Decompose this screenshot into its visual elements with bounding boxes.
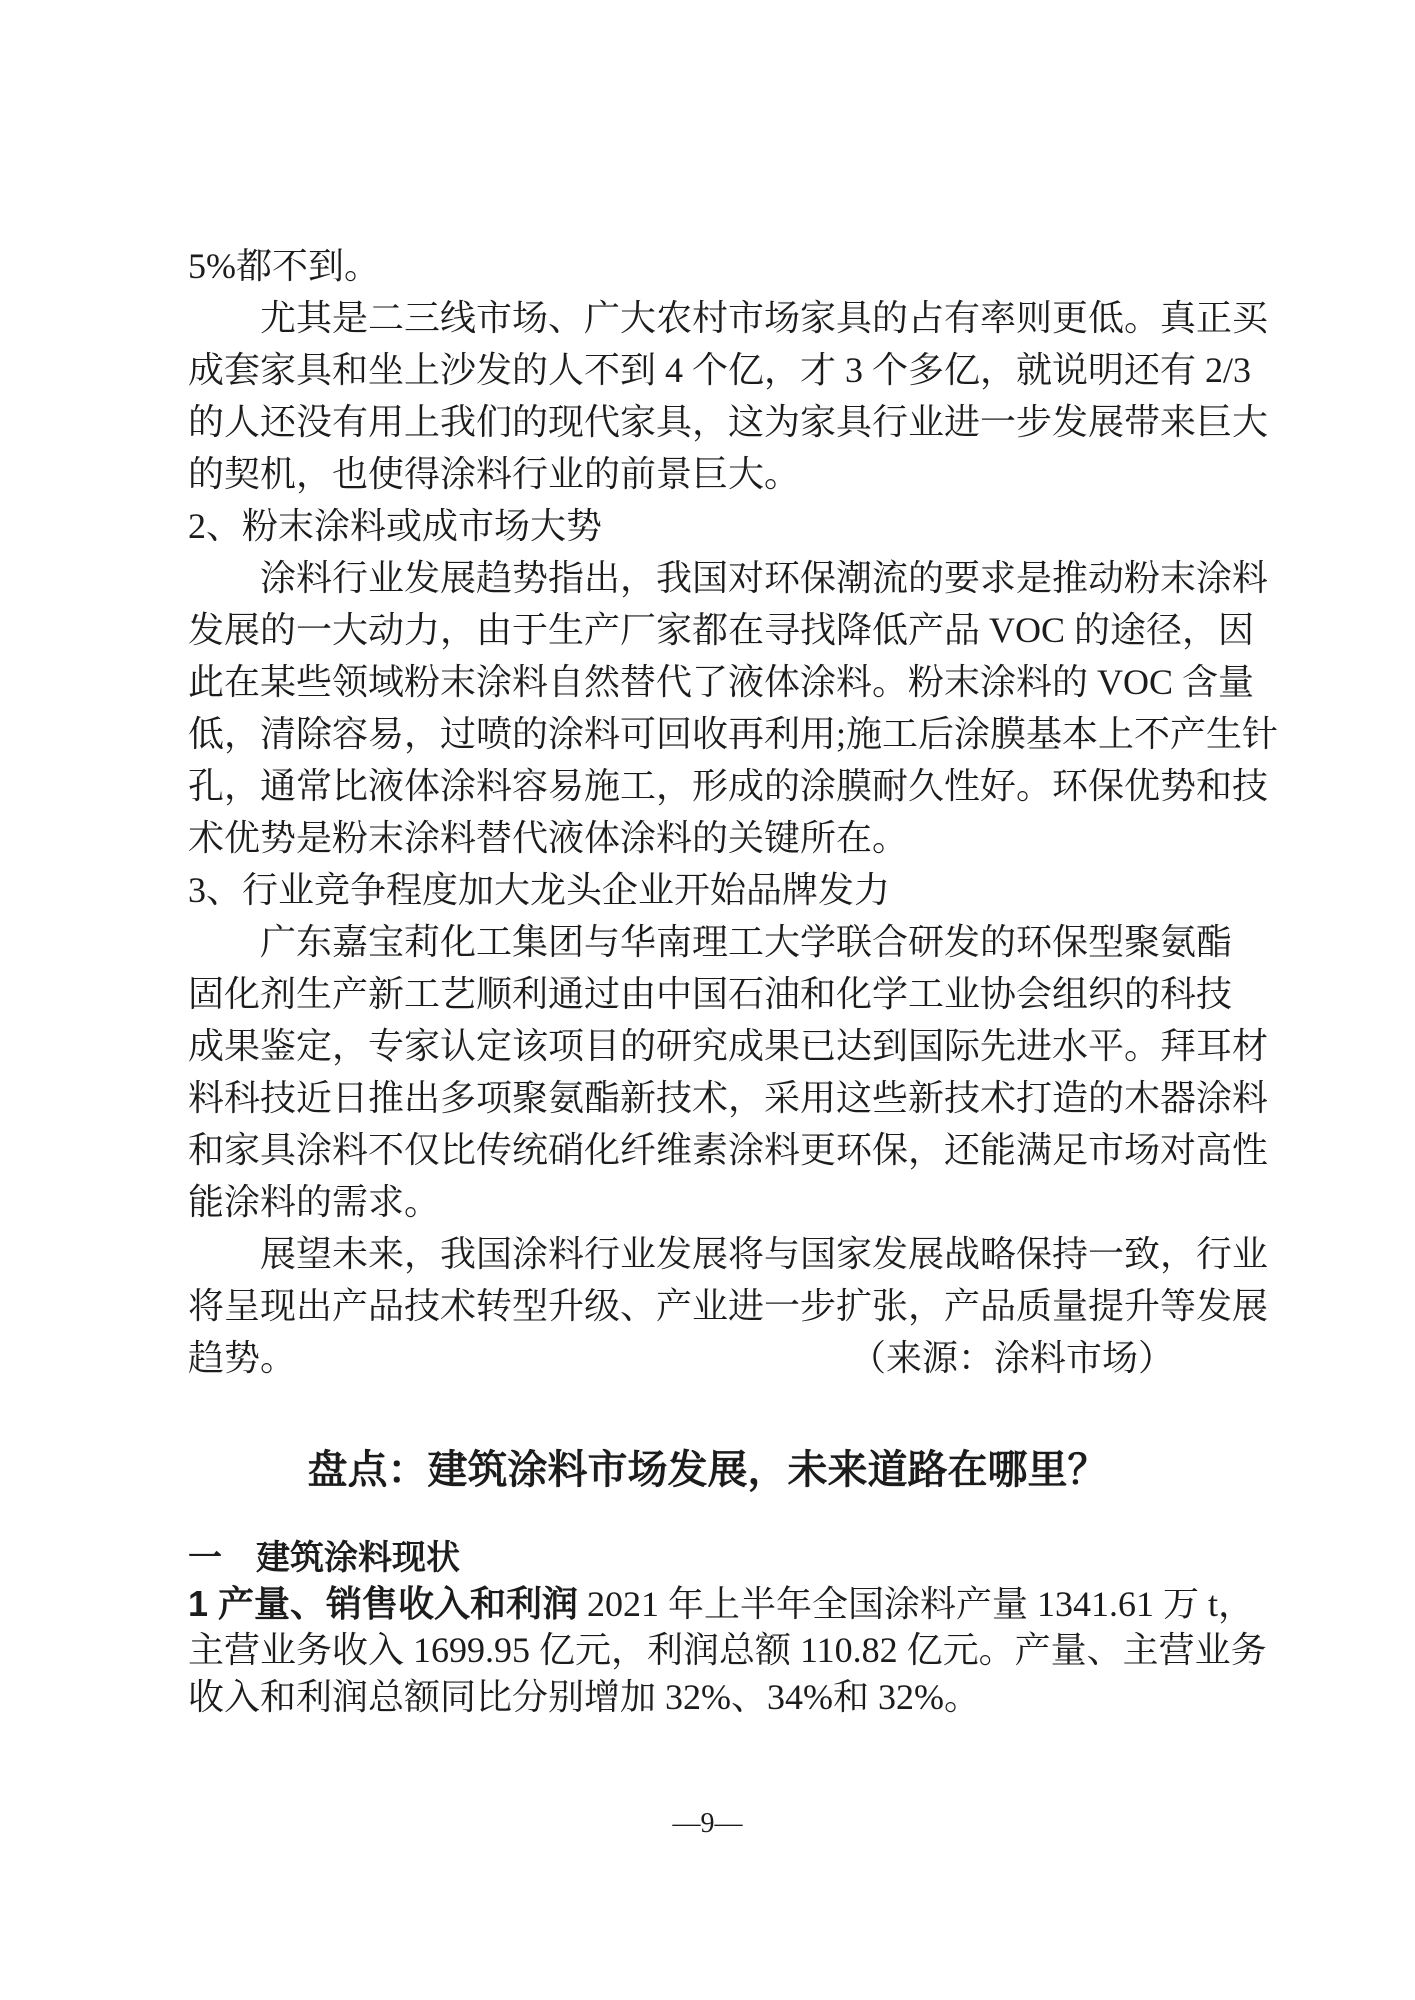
- text-line: 和家具涂料不仅比传统硝化纤维素涂料更环保，还能满足市场对高性: [188, 1124, 1274, 1176]
- text-line: 此在某些领域粉末涂料自然替代了液体涂料。粉末涂料的 VOC 含量: [188, 656, 1274, 708]
- text-line-with-source: 趋势。 （来源：涂料市场）: [188, 1332, 1274, 1384]
- text-line: 趋势。: [188, 1332, 296, 1384]
- document-page: 5%都不到。 尤其是二三线市场、广大农村市场家具的占有率则更低。真正买 成套家具…: [0, 0, 1415, 2000]
- text-line: 广东嘉宝莉化工集团与华南理工大学联合研发的环保型聚氨酯: [188, 916, 1274, 968]
- text-line: 低，清除容易，过喷的涂料可回收再利用;施工后涂膜基本上不产生针: [188, 708, 1274, 760]
- stats-line: 主营业务收入 1699.95 亿元，利润总额 110.82 亿元。产量、主营业务: [188, 1627, 1274, 1674]
- text-line: 固化剂生产新工艺顺利通过由中国石油和化学工业协会组织的科技: [188, 968, 1274, 1020]
- text-line: 将呈现出产品技术转型升级、产业进一步扩张，产品质量提升等发展: [188, 1280, 1274, 1332]
- stats-line: 1 产量、销售收入和利润 2021 年上半年全国涂料产量 1341.61 万 t…: [188, 1580, 1274, 1627]
- section-heading: 一 建筑涂料现状: [188, 1536, 460, 1580]
- text-line: 的人还没有用上我们的现代家具，这为家具行业进一步发展带来巨大: [188, 396, 1274, 448]
- text-line: 术优势是粉末涂料替代液体涂料的关键所在。: [188, 812, 1274, 864]
- page-number: —9—: [0, 1806, 1415, 1842]
- list-item-heading-3: 3、行业竞争程度加大龙头企业开始品牌发力: [188, 864, 1274, 916]
- source-attribution: （来源：涂料市场）: [850, 1332, 1274, 1384]
- text-line: 的契机，也使得涂料行业的前景巨大。: [188, 448, 1274, 500]
- stats-bold-lead: 1 产量、销售收入和利润: [188, 1583, 578, 1624]
- body-text-block: 5%都不到。 尤其是二三线市场、广大农村市场家具的占有率则更低。真正买 成套家具…: [188, 240, 1274, 1384]
- article-title: 盘点：建筑涂料市场发展，未来道路在哪里？: [0, 1442, 1415, 1498]
- text-line: 展望未来，我国涂料行业发展将与国家发展战略保持一致，行业: [188, 1228, 1274, 1280]
- text-line: 能涂料的需求。: [188, 1176, 1274, 1228]
- stats-line-rest: 2021 年上半年全国涂料产量 1341.61 万 t，: [578, 1584, 1254, 1624]
- text-line: 涂料行业发展趋势指出，我国对环保潮流的要求是推动粉末涂料: [188, 552, 1274, 604]
- list-item-heading-2: 2、粉末涂料或成市场大势: [188, 500, 1274, 552]
- text-line: 料科技近日推出多项聚氨酯新技术，采用这些新技术打造的木器涂料: [188, 1072, 1274, 1124]
- stats-paragraph: 1 产量、销售收入和利润 2021 年上半年全国涂料产量 1341.61 万 t…: [188, 1580, 1274, 1721]
- text-line: 孔，通常比液体涂料容易施工，形成的涂膜耐久性好。环保优势和技: [188, 760, 1274, 812]
- stats-line: 收入和利润总额同比分别增加 32%、34%和 32%。: [188, 1674, 1274, 1721]
- text-line: 发展的一大动力，由于生产厂家都在寻找降低产品 VOC 的途径，因: [188, 604, 1274, 656]
- text-line: 尤其是二三线市场、广大农村市场家具的占有率则更低。真正买: [188, 292, 1274, 344]
- text-line: 成套家具和坐上沙发的人不到 4 个亿，才 3 个多亿，就说明还有 2/3: [188, 344, 1274, 396]
- text-line: 成果鉴定，专家认定该项目的研究成果已达到国际先进水平。拜耳材: [188, 1020, 1274, 1072]
- text-line: 5%都不到。: [188, 240, 1274, 292]
